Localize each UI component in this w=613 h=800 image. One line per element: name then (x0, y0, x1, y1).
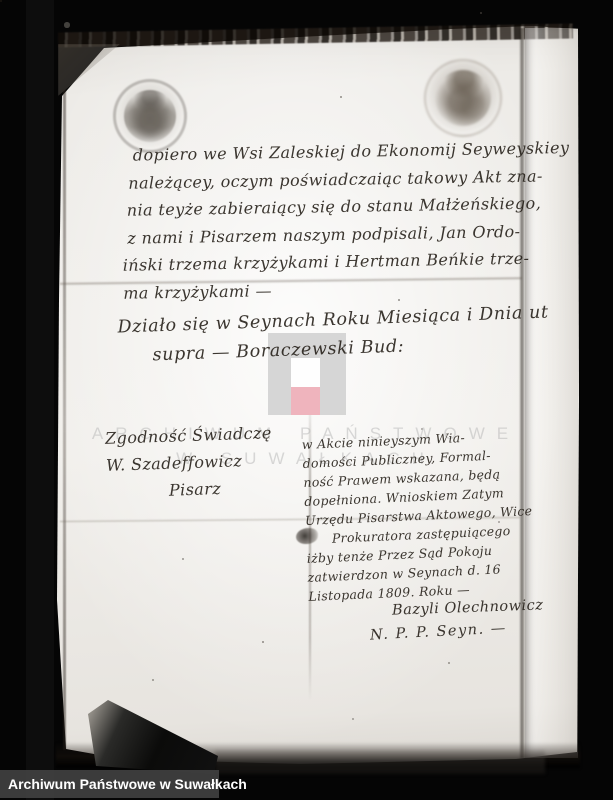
archival-scan-viewport: ARCHIWUM PAŃSTWOWE W SUWAŁKACH dopiero w… (0, 0, 613, 800)
right-seal-emblem (435, 70, 491, 126)
paper-specks (0, 0, 2, 2)
watermark-logo-pink-square (291, 387, 320, 415)
manuscript-paragraph-1: dopiero we Wsi Zaleskiej do Ekonomij Sey… (121, 134, 560, 307)
left-edge-crease (63, 90, 66, 750)
attestation-left-block: Zgodność Świadczę W. Szadeffowicz Pisarz (105, 419, 274, 506)
left-seal-emblem (124, 90, 176, 142)
book-spine-shadow (26, 0, 54, 800)
scan-bed-streaks (215, 750, 545, 774)
right-round-seal-icon (424, 59, 502, 137)
attestation-right-block: w Akcie ninieyszym Wia- domości Publiczn… (301, 425, 536, 606)
archive-caption-bar: Archiwum Państwowe w Suwałkach (0, 770, 219, 798)
